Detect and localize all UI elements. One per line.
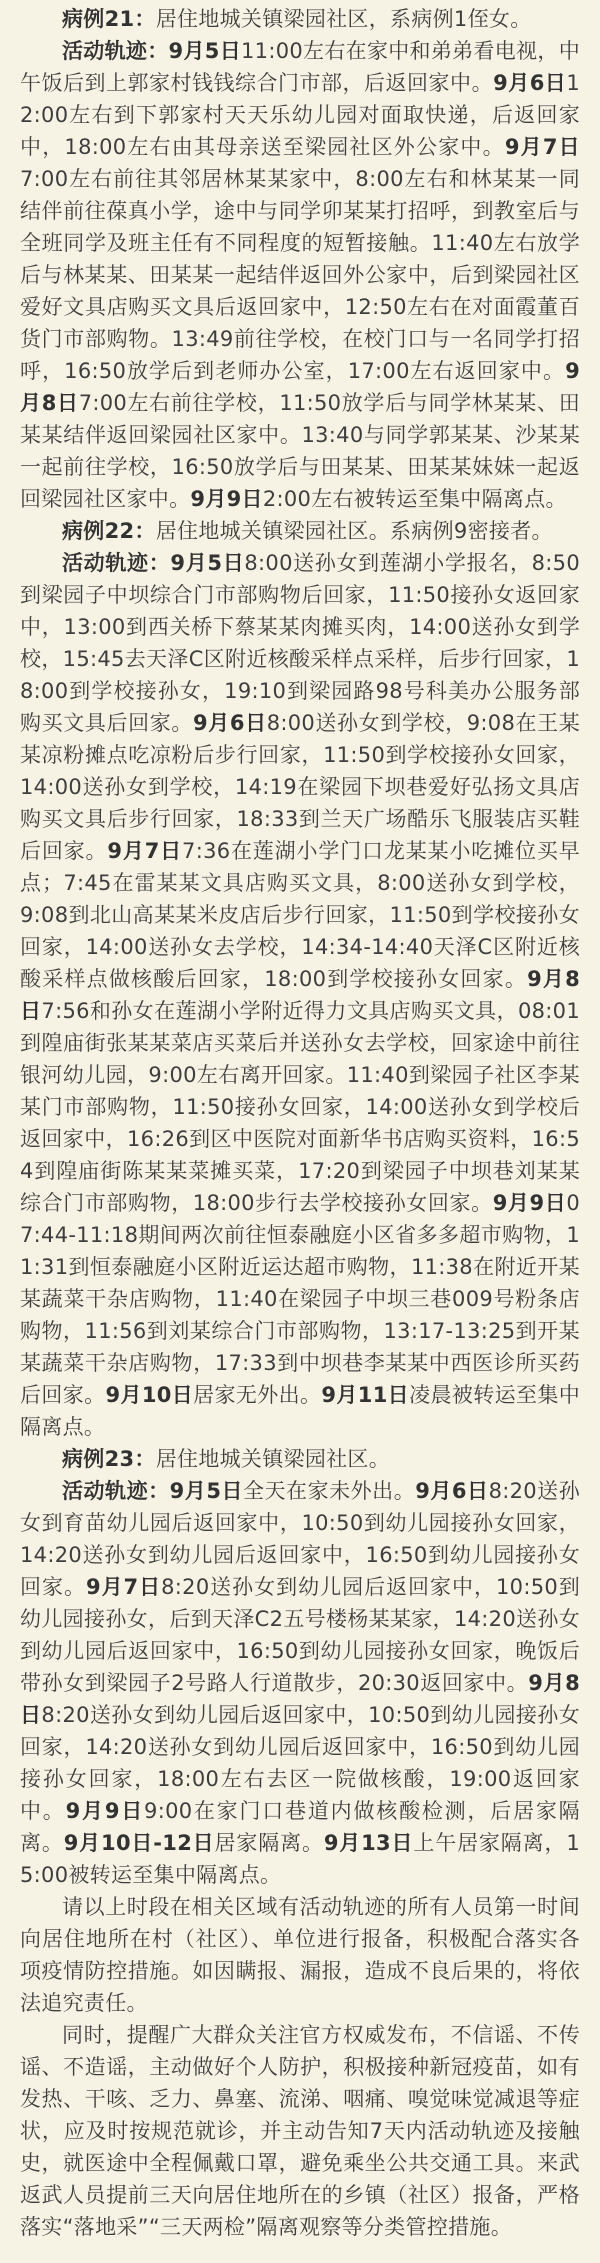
case-label: 病例23：: [62, 1447, 156, 1471]
activity-track-label: 活动轨迹：: [62, 1479, 170, 1503]
date-emphasis: 9月5日: [170, 1479, 243, 1503]
date-emphasis: 9月11日: [321, 1383, 409, 1407]
body-text: 2:00左右被转运至集中隔离点。: [263, 487, 567, 511]
body-text: 7:00左右前往其邻居林某某家中，8:00左右和林某某一同结伴前往葆真小学，途中…: [20, 167, 580, 383]
body-text: 7:56和孙女在莲湖小学附近得力文具店购买文具，08:01到隍庙街张某某菜店买菜…: [20, 999, 580, 1215]
paragraph: 活动轨迹：9月5日8:00送孙女到莲湖小学报名，8:50到梁园子中坝综合门市部购…: [20, 547, 580, 1443]
body-text: 07:44-11:18期间两次前往恒泰融庭小区省多多超市购物，11:31到恒泰融…: [20, 1191, 580, 1407]
case-label: 病例22：: [62, 519, 156, 543]
date-emphasis: 9月9日: [190, 487, 262, 511]
date-emphasis: 9月6日: [193, 711, 267, 735]
date-emphasis: 9月13日: [324, 1831, 414, 1855]
body-text: 居住地城关镇梁园社区，系病例1侄女。: [156, 7, 532, 31]
body-text: 居家无外出。: [193, 1383, 321, 1407]
paragraph: 病例22：居住地城关镇梁园社区。系病例9密接者。: [20, 515, 580, 547]
date-emphasis: 9月5日: [170, 551, 244, 575]
date-emphasis: 9月6日: [493, 71, 566, 95]
date-emphasis: 9月7日: [505, 135, 580, 159]
paragraph: 活动轨迹：9月5日全天在家未外出。9月6日8:20送孙女到育苗幼儿园后返回家中，…: [20, 1475, 580, 1891]
date-emphasis: 9月7日: [86, 1575, 161, 1599]
notice-document: 病例21：居住地城关镇梁园社区，系病例1侄女。活动轨迹：9月5日11:00左右在…: [0, 0, 600, 2263]
date-emphasis: 9月5日: [169, 39, 241, 63]
body-text: 全天在家未外出。: [243, 1479, 415, 1503]
body-text: 居家隔离。: [215, 1831, 324, 1855]
body-text: 同时，提醒广大群众关注官方权威发布，不信谣、不传谣、不造谣，主动做好个人防护，积…: [20, 2023, 580, 2239]
date-emphasis: 9月9日: [66, 1799, 144, 1823]
paragraph: 同时，提醒广大群众关注官方权威发布，不信谣、不传谣、不造谣，主动做好个人防护，积…: [20, 2019, 580, 2243]
activity-track-label: 活动轨迹：: [62, 39, 169, 63]
paragraph: 活动轨迹：9月5日11:00左右在家中和弟弟看电视，中午饭后到上郭家村钱钱综合门…: [20, 35, 580, 515]
date-emphasis: 9月10日: [106, 1383, 194, 1407]
body-text: 请以上时段在相关区域有活动轨迹的所有人员第一时间向居住地所在村（社区）、单位进行…: [20, 1895, 580, 2015]
body-text: 居住地城关镇梁园社区。系病例9密接者。: [156, 519, 553, 543]
date-emphasis: 9月10日-12日: [64, 1831, 215, 1855]
paragraph: 病例21：居住地城关镇梁园社区，系病例1侄女。: [20, 3, 580, 35]
body-text: 8:00送孙女到莲湖小学报名，8:50到梁园子中坝综合门市部购物后回家，11:5…: [20, 551, 580, 735]
case-label: 病例21：: [62, 7, 156, 31]
paragraph: 请以上时段在相关区域有活动轨迹的所有人员第一时间向居住地所在村（社区）、单位进行…: [20, 1891, 580, 2019]
date-emphasis: 9月7日: [107, 839, 182, 863]
activity-track-label: 活动轨迹：: [62, 551, 170, 575]
date-emphasis: 9月6日: [415, 1479, 488, 1503]
date-emphasis: 9月9日: [493, 1191, 567, 1215]
paragraph: 病例23：居住地城关镇梁园社区。: [20, 1443, 580, 1475]
body-text: 居住地城关镇梁园社区。: [156, 1447, 390, 1471]
